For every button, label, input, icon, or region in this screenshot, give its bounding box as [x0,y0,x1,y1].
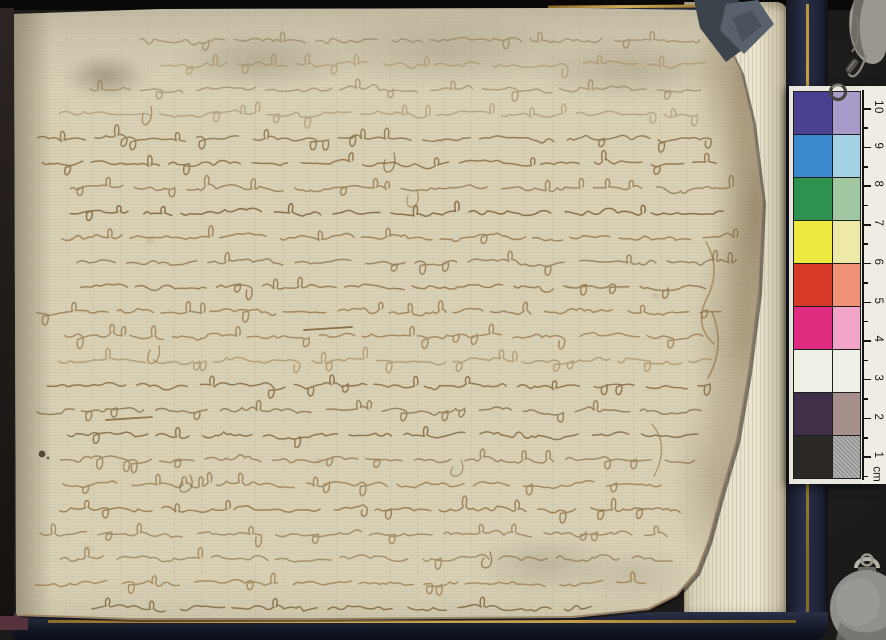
color-patch-magenta-left [794,307,832,349]
color-patch-green-left [794,178,832,220]
ruler-tick-minor [863,282,868,284]
ruler-number: 2 [872,410,884,424]
ruler-tick-major [863,185,871,187]
ruler-tick-major [863,340,871,342]
ruler-tick-minor [863,127,868,129]
color-patch-white-left [794,350,832,392]
felt-tab [686,0,778,70]
color-patch-aubergine-left [794,393,832,435]
color-patch-yellow-right [833,221,860,263]
color-patch-blue-left [794,135,832,177]
manuscript-page [12,6,778,622]
color-calibration-chart: 10987654321cm [789,86,886,484]
ruler-tick-major [863,263,871,265]
ruler-number: 7 [872,216,884,230]
ruler-tick-major [863,224,871,226]
ruler-unit-label: cm [871,466,883,481]
metal-clip-pin [798,0,886,120]
color-patch-green-right [833,178,860,220]
ruler-number: 8 [872,177,884,191]
cm-ruler: 10987654321cm [861,86,886,484]
color-patch-grid [793,91,863,479]
fabric-weight-bottom [826,552,886,640]
ruler-tick-major [863,418,871,420]
photo-stage: 10987654321cm [0,0,886,640]
ruler-number: 3 [872,371,884,385]
ruler-tick-major [863,147,871,149]
ruler-tick-minor [863,205,868,207]
ruler-tick-minor [863,166,868,168]
ruler-number: 6 [872,255,884,269]
color-patch-blue-right [833,135,860,177]
ruler-edge-line [862,90,864,480]
ruler-tick-minor [863,243,868,245]
ruler-number: 5 [872,294,884,308]
color-patch-magenta-right [833,307,860,349]
color-patch-aubergine-right [833,393,860,435]
color-patch-black-left [794,436,832,478]
ruler-number: 4 [872,332,884,346]
ruler-tick-major [863,379,871,381]
book-spine-left [0,8,14,616]
color-patch-red-right [833,264,860,306]
color-patch-red-left [794,264,832,306]
ruler-tick-minor [863,437,868,439]
ruler-tick-minor [863,398,868,400]
ruler-tick-major [863,456,871,458]
ruler-tick-major [863,302,871,304]
ruler-number: 9 [872,139,884,153]
color-patch-black-right [833,436,860,478]
ruler-number: 1 [872,448,884,462]
color-patch-white-right [833,350,860,392]
ruler-tick-minor [863,321,868,323]
leaf-vignette [12,6,778,622]
color-patch-yellow-left [794,221,832,263]
ruler-tick-minor [863,360,868,362]
ruler-tick-minor [863,476,868,478]
